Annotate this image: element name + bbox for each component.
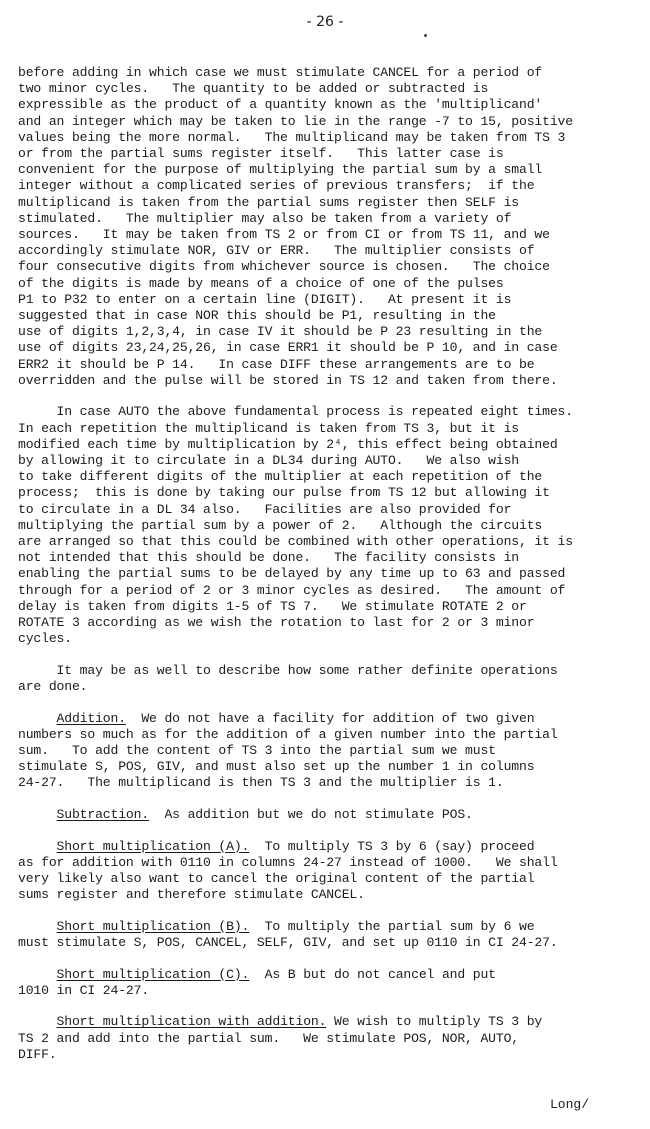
text-line: In case AUTO the above fundamental proce…: [18, 404, 573, 420]
operation-line: Short multiplication with addition. We w…: [18, 1014, 542, 1030]
text-line: use of digits 23,24,25,26, in case ERR1 …: [18, 340, 558, 356]
text-line: overridden and the pulse will be stored …: [18, 373, 558, 389]
text-line: must stimulate S, POS, CANCEL, SELF, GIV…: [18, 935, 558, 951]
text-line: as for addition with 0110 in columns 24-…: [18, 855, 558, 871]
text-line: integer without a complicated series of …: [18, 178, 534, 194]
operation-line: Short multiplication (C). As B but do no…: [18, 967, 496, 983]
text-line: four consecutive digits from whichever s…: [18, 259, 550, 275]
text-line: two minor cycles. The quantity to be add…: [18, 81, 488, 97]
text-line: are arranged so that this could be combi…: [18, 534, 573, 550]
line-text: As B but do not cancel and put: [249, 967, 496, 982]
text-line: of the digits is made by means of a choi…: [18, 276, 504, 292]
text-line: suggested that in case NOR this should b…: [18, 308, 496, 324]
section-heading: Short multiplication (B).: [57, 919, 250, 934]
text-line: multiplicand is taken from the partial s…: [18, 195, 519, 211]
line-text: As addition but we do not stimulate POS.: [149, 807, 473, 822]
text-line: values being the more normal. The multip…: [18, 130, 565, 146]
line-text: We do not have a facility for addition o…: [126, 711, 535, 726]
text-line: process; this is done by taking our puls…: [18, 485, 550, 501]
text-line: sum. To add the content of TS 3 into the…: [18, 743, 496, 759]
operation-line: Subtraction. As addition but we do not s…: [18, 807, 473, 823]
text-line: P1 to P32 to enter on a certain line (DI…: [18, 292, 511, 308]
text-line: stimulate S, POS, GIV, and must also set…: [18, 759, 534, 775]
line-text: We wish to multiply TS 3 by: [326, 1014, 542, 1029]
text-line: sources. It may be taken from TS 2 or fr…: [18, 227, 550, 243]
text-line: numbers so much as for the addition of a…: [18, 727, 558, 743]
text-line: before adding in which case we must stim…: [18, 65, 542, 81]
text-line: convenient for the purpose of multiplyin…: [18, 162, 542, 178]
text-line: or from the partial sums register itself…: [18, 146, 504, 162]
section-heading: Subtraction.: [57, 807, 150, 822]
section-heading: Short multiplication (A).: [57, 839, 250, 854]
text-line: modified each time by multiplication by …: [18, 437, 558, 453]
catchword: Long/: [550, 1097, 589, 1112]
text-line: to circulate in a DL 34 also. Facilities…: [18, 502, 511, 518]
text-line: It may be as well to describe how some r…: [18, 663, 558, 679]
text-line: 24-27. The multiplicand is then TS 3 and…: [18, 775, 504, 791]
text-line: multiplying the partial sum by a power o…: [18, 518, 542, 534]
text-line: through for a period of 2 or 3 minor cyc…: [18, 583, 565, 599]
text-line: expressible as the product of a quantity…: [18, 97, 542, 113]
operation-line: Short multiplication (A). To multiply TS…: [18, 839, 534, 855]
text-line: In each repetition the multiplicand is t…: [18, 421, 519, 437]
text-line: use of digits 1,2,3,4, in case IV it sho…: [18, 324, 542, 340]
operation-line: Addition. We do not have a facility for …: [18, 711, 534, 727]
line-text: To multiply the partial sum by 6 we: [249, 919, 534, 934]
text-line: ROTATE 3 according as we wish the rotati…: [18, 615, 534, 631]
document-page: - 26 - before adding in which case we mu…: [0, 0, 650, 1129]
text-line: not intended that this should be done. T…: [18, 550, 519, 566]
text-line: ERR2 it should be P 14. In case DIFF the…: [18, 357, 534, 373]
section-heading: Addition.: [57, 711, 126, 726]
text-line: very likely also want to cancel the orig…: [18, 871, 534, 887]
line-text: To multiply TS 3 by 6 (say) proceed: [249, 839, 534, 854]
text-line: and an integer which may be taken to lie…: [18, 114, 573, 130]
section-heading: Short multiplication with addition.: [57, 1014, 327, 1029]
text-line: 1010 in CI 24-27.: [18, 983, 149, 999]
text-line: to take different digits of the multipli…: [18, 469, 542, 485]
text-line: delay is taken from digits 1-5 of TS 7. …: [18, 599, 527, 615]
text-line: TS 2 and add into the partial sum. We st…: [18, 1031, 519, 1047]
text-line: DIFF.: [18, 1047, 57, 1063]
text-line: are done.: [18, 679, 87, 695]
stray-mark: [424, 34, 427, 37]
text-line: by allowing it to circulate in a DL34 du…: [18, 453, 519, 469]
text-line: sums register and therefore stimulate CA…: [18, 887, 365, 903]
page-number: - 26 -: [0, 14, 650, 30]
text-line: enabling the partial sums to be delayed …: [18, 566, 565, 582]
section-heading: Short multiplication (C).: [57, 967, 250, 982]
text-line: cycles.: [18, 631, 72, 647]
text-line: stimulated. The multiplier may also be t…: [18, 211, 511, 227]
operation-line: Short multiplication (B). To multiply th…: [18, 919, 534, 935]
text-line: accordingly stimulate NOR, GIV or ERR. T…: [18, 243, 534, 259]
